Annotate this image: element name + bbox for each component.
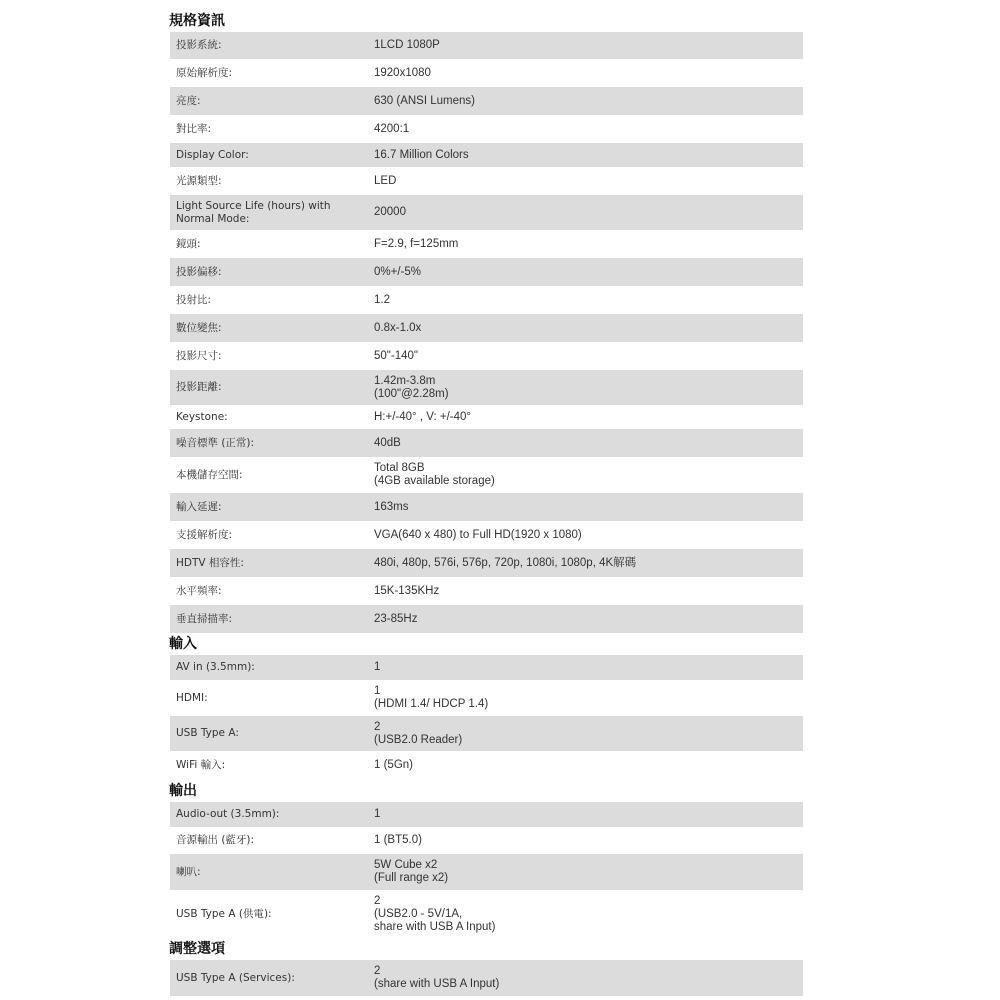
spec-label: Light Source Life (hours) with Normal Mo… [170, 195, 368, 230]
spec-label: 原始解析度: [170, 59, 368, 87]
spec-row: USB Type A (Services):2 (share with USB … [170, 960, 803, 996]
spec-value: 1 (BT5.0) [368, 827, 803, 854]
spec-value: 4200:1 [368, 115, 803, 143]
spec-label: 鏡頭: [170, 230, 368, 258]
spec-label: 水平頻率: [170, 577, 368, 605]
spec-value: 2 (share with USB A Input) [368, 960, 803, 996]
spec-value: F=2.9, f=125mm [368, 230, 803, 258]
spec-value: 1.2 [368, 286, 803, 314]
spec-label: 亮度: [170, 87, 368, 115]
spec-row: HDMI:1 (HDMI 1.4/ HDCP 1.4) [170, 680, 803, 716]
adjustments-table: USB Type A (Services):2 (share with USB … [170, 960, 803, 996]
spec-value: 0%+/-5% [368, 258, 803, 286]
spec-label: 投射比: [170, 286, 368, 314]
spec-row: 數位變焦:0.8x-1.0x [170, 314, 803, 342]
section-adjustments: 調整選項 USB Type A (Services):2 (share with… [170, 938, 803, 996]
spec-row: Audio-out (3.5mm):1 [170, 802, 803, 827]
section-output: 輸出 Audio-out (3.5mm):1音源輸出 (藍牙):1 (BT5.0… [170, 780, 803, 938]
spec-row: 水平頻率:15K-135KHz [170, 577, 803, 605]
spec-row: 音源輸出 (藍牙):1 (BT5.0) [170, 827, 803, 854]
spec-value: 5W Cube x2 (Full range x2) [368, 854, 803, 890]
spec-label: HDMI: [170, 680, 368, 716]
spec-label: Audio-out (3.5mm): [170, 802, 368, 827]
spec-row: USB Type A:2 (USB2.0 Reader) [170, 716, 803, 751]
spec-label: 噪音標準 (正常): [170, 429, 368, 457]
section-title: 輸入 [169, 633, 803, 655]
spec-row: 輸入延遲:163ms [170, 493, 803, 521]
spec-row: 對比率:4200:1 [170, 115, 803, 143]
spec-row: 亮度:630 (ANSI Lumens) [170, 87, 803, 115]
spec-label: WiFi 輸入: [170, 751, 368, 780]
spec-label: Keystone: [170, 405, 368, 429]
spec-row: 垂直掃描率:23-85Hz [170, 605, 803, 633]
spec-row: 原始解析度:1920x1080 [170, 59, 803, 87]
spec-label: 投影距離: [170, 370, 368, 405]
spec-row: 投影距離:1.42m-3.8m (100"@2.28m) [170, 370, 803, 405]
section-title: 規格資訊 [169, 10, 803, 32]
spec-row: 噪音標準 (正常):40dB [170, 429, 803, 457]
spec-row: 鏡頭:F=2.9, f=125mm [170, 230, 803, 258]
spec-label: 音源輸出 (藍牙): [170, 827, 368, 854]
spec-value: 1LCD 1080P [368, 32, 803, 59]
spec-table: 投影系統:1LCD 1080P原始解析度:1920x1080亮度:630 (AN… [170, 32, 803, 633]
spec-row: 投射比:1.2 [170, 286, 803, 314]
spec-row: 投影偏移:0%+/-5% [170, 258, 803, 286]
spec-value: 163ms [368, 493, 803, 521]
spec-label: USB Type A (供電): [170, 890, 368, 938]
spec-row: HDTV 相容性:480i, 480p, 576i, 576p, 720p, 1… [170, 549, 803, 577]
spec-row: Keystone:H:+/-40° , V: +/-40° [170, 405, 803, 429]
spec-row: WiFi 輸入:1 (5Gn) [170, 751, 803, 780]
spec-value: H:+/-40° , V: +/-40° [368, 405, 803, 429]
spec-value: LED [368, 167, 803, 195]
spec-label: 對比率: [170, 115, 368, 143]
spec-row: AV in (3.5mm):1 [170, 655, 803, 680]
spec-label: 光源類型: [170, 167, 368, 195]
spec-label: 投影偏移: [170, 258, 368, 286]
spec-label: 本機儲存空間: [170, 457, 368, 493]
spec-value: 50"-140" [368, 342, 803, 370]
spec-value: 23-85Hz [368, 605, 803, 633]
spec-value: 15K-135KHz [368, 577, 803, 605]
spec-value: 1920x1080 [368, 59, 803, 87]
spec-label: 數位變焦: [170, 314, 368, 342]
spec-value: 630 (ANSI Lumens) [368, 87, 803, 115]
section-title: 輸出 [169, 780, 803, 802]
spec-label: USB Type A: [170, 716, 368, 751]
section-title: 調整選項 [169, 938, 803, 960]
output-table: Audio-out (3.5mm):1音源輸出 (藍牙):1 (BT5.0)喇叭… [170, 802, 803, 938]
spec-label: USB Type A (Services): [170, 960, 368, 996]
spec-row: 本機儲存空間:Total 8GB (4GB available storage) [170, 457, 803, 493]
spec-label: 投影尺寸: [170, 342, 368, 370]
input-table: AV in (3.5mm):1HDMI:1 (HDMI 1.4/ HDCP 1.… [170, 655, 803, 780]
spec-label: AV in (3.5mm): [170, 655, 368, 680]
spec-value: 1.42m-3.8m (100"@2.28m) [368, 370, 803, 405]
spec-value: 480i, 480p, 576i, 576p, 720p, 1080i, 108… [368, 549, 803, 577]
spec-value: 1 (HDMI 1.4/ HDCP 1.4) [368, 680, 803, 716]
spec-sheet: 規格資訊 投影系統:1LCD 1080P原始解析度:1920x1080亮度:63… [170, 10, 803, 996]
spec-row: 喇叭:5W Cube x2 (Full range x2) [170, 854, 803, 890]
spec-row: 支援解析度:VGA(640 x 480) to Full HD(1920 x 1… [170, 521, 803, 549]
spec-value: 0.8x-1.0x [368, 314, 803, 342]
spec-row: Display Color:16.7 Million Colors [170, 143, 803, 167]
spec-label: 支援解析度: [170, 521, 368, 549]
spec-row: 投影尺寸:50"-140" [170, 342, 803, 370]
spec-label: HDTV 相容性: [170, 549, 368, 577]
spec-row: 投影系統:1LCD 1080P [170, 32, 803, 59]
spec-value: 2 (USB2.0 Reader) [368, 716, 803, 751]
spec-row: Light Source Life (hours) with Normal Mo… [170, 195, 803, 230]
spec-label: Display Color: [170, 143, 368, 167]
spec-value: 20000 [368, 195, 803, 230]
spec-label: 喇叭: [170, 854, 368, 890]
spec-label: 投影系統: [170, 32, 368, 59]
spec-row: 光源類型:LED [170, 167, 803, 195]
spec-label: 輸入延遲: [170, 493, 368, 521]
spec-row: USB Type A (供電):2 (USB2.0 - 5V/1A, share… [170, 890, 803, 938]
section-input: 輸入 AV in (3.5mm):1HDMI:1 (HDMI 1.4/ HDCP… [170, 633, 803, 780]
spec-value: Total 8GB (4GB available storage) [368, 457, 803, 493]
spec-value: 1 (5Gn) [368, 751, 803, 780]
spec-value: VGA(640 x 480) to Full HD(1920 x 1080) [368, 521, 803, 549]
spec-value: 2 (USB2.0 - 5V/1A, share with USB A Inpu… [368, 890, 803, 938]
spec-value: 40dB [368, 429, 803, 457]
spec-label: 垂直掃描率: [170, 605, 368, 633]
spec-value: 1 [368, 802, 803, 827]
spec-value: 1 [368, 655, 803, 680]
section-specs: 規格資訊 投影系統:1LCD 1080P原始解析度:1920x1080亮度:63… [170, 10, 803, 633]
spec-value: 16.7 Million Colors [368, 143, 803, 167]
